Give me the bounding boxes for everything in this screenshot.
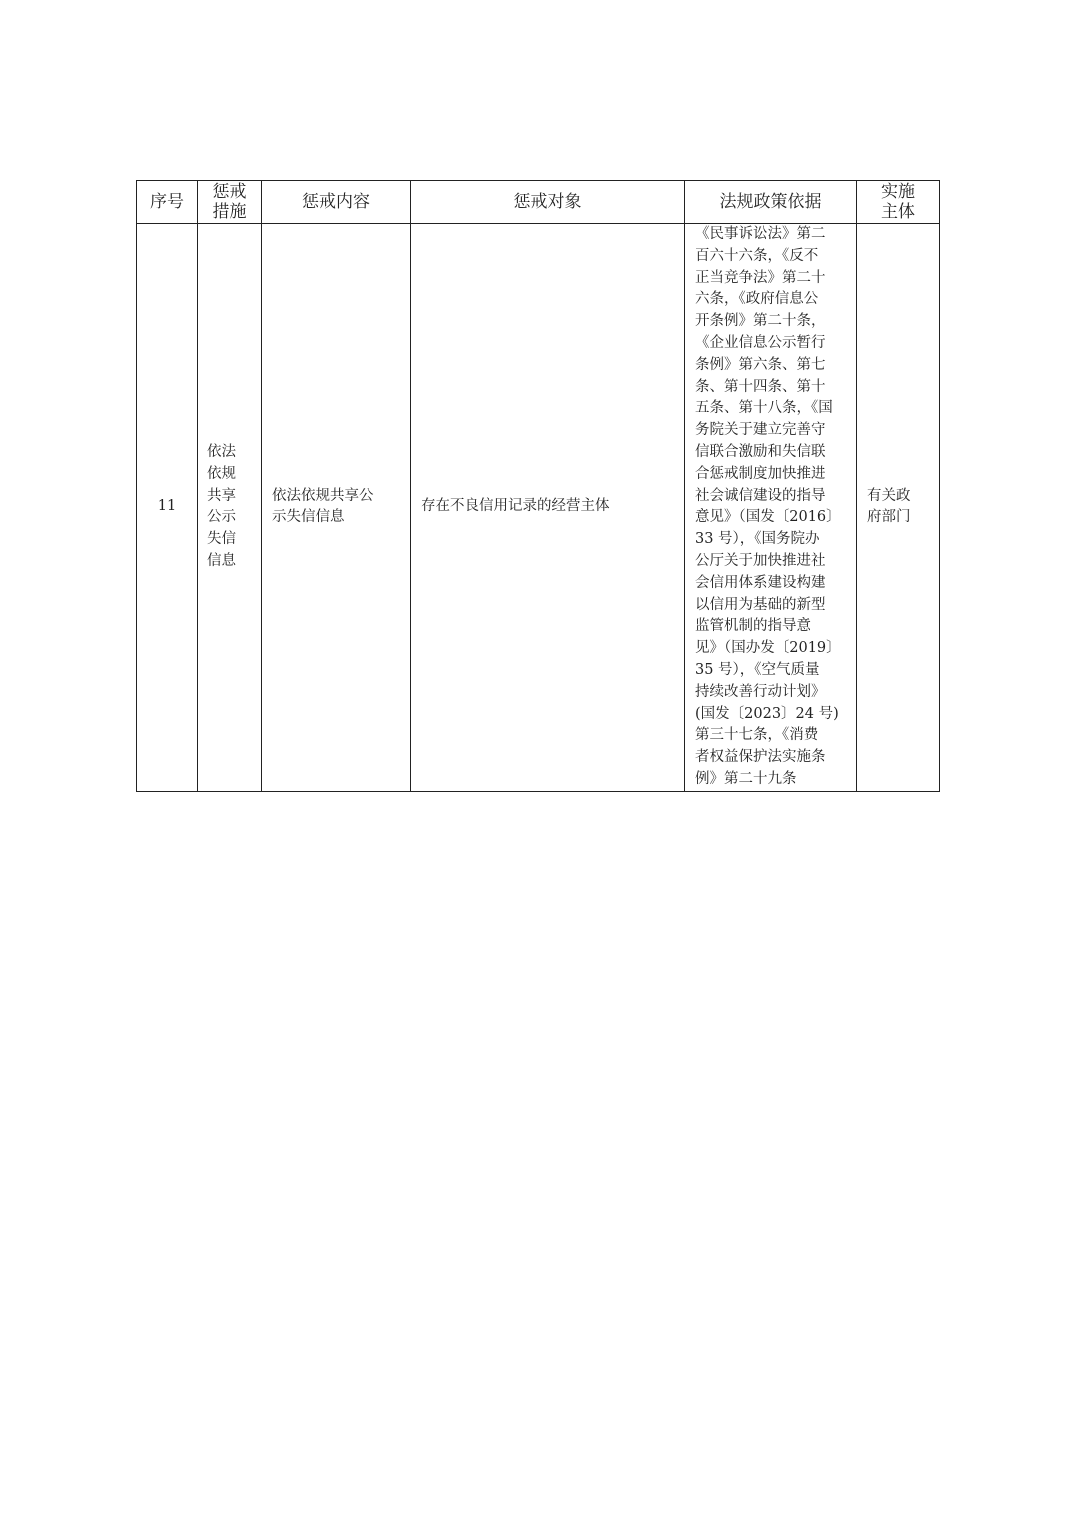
measure-line: 公示 (207, 507, 252, 529)
basis-line: 35 号），《空气质量 (695, 660, 848, 682)
basis-line: 意见》（国发〔2016〕 (695, 507, 848, 529)
agent-line: 有关政 (867, 486, 929, 508)
measure-line: 依法 (207, 442, 252, 464)
header-target: 惩戒对象 (411, 181, 685, 224)
basis-line: 六条，《政府信息公 (695, 289, 848, 311)
header-measure-line: 惩戒 (198, 182, 261, 202)
basis-line: 《企业信息公示暂行 (695, 333, 848, 355)
header-no: 序号 (137, 181, 198, 224)
basis-line: 条例》第六条、第七 (695, 355, 848, 377)
cell-content: 依法依规共享公 示失信信息 (262, 224, 411, 792)
header-basis: 法规政策依据 (685, 181, 857, 224)
basis-line: 正当竞争法》第二十 (695, 268, 848, 290)
basis-line: 监管机制的指导意 (695, 616, 848, 638)
basis-line: 务院关于建立完善守 (695, 420, 848, 442)
basis-line: 以信用为基础的新型 (695, 595, 848, 617)
header-measure-line: 措施 (198, 202, 261, 222)
header-measure: 惩戒 措施 (198, 181, 262, 224)
header-content-label: 惩戒内容 (302, 192, 370, 212)
measure-line: 信息 (207, 551, 252, 573)
cell-basis: 《民事诉讼法》第二 百六十六条，《反不 正当竞争法》第二十 六条，《政府信息公 … (685, 224, 857, 792)
basis-line: 百六十六条，《反不 (695, 246, 848, 268)
header-basis-label: 法规政策依据 (720, 192, 822, 212)
cell-measure: 依法 依规 共享 公示 失信 信息 (198, 224, 262, 792)
cell-target: 存在不良信用记录的经营主体 (411, 224, 685, 792)
header-no-label: 序号 (150, 192, 184, 212)
basis-line: 合惩戒制度加快推进 (695, 464, 848, 486)
cell-agent: 有关政 府部门 (857, 224, 940, 792)
basis-line: 信联合激励和失信联 (695, 442, 848, 464)
penalty-measures-table: 序号 惩戒 措施 惩戒内容 惩戒对象 法规政策依据 实施 主体 11 (136, 180, 940, 792)
header-agent: 实施 主体 (857, 181, 940, 224)
basis-line: (国发〔2023〕24 号) (695, 704, 848, 726)
header-agent-line: 主体 (857, 202, 939, 222)
target-text: 存在不良信用记录的经营主体 (421, 498, 610, 514)
measure-line: 共享 (207, 486, 252, 508)
basis-line: 社会诚信建设的指导 (695, 486, 848, 508)
basis-line: 五条、第十八条，《国 (695, 398, 848, 420)
basis-line: 见》（国办发〔2019〕 (695, 638, 848, 660)
basis-line: 例》第二十九条 (695, 769, 848, 791)
measure-line: 失信 (207, 529, 252, 551)
table-header-row: 序号 惩戒 措施 惩戒内容 惩戒对象 法规政策依据 实施 主体 (137, 181, 940, 224)
basis-line: 《民事诉讼法》第二 (695, 224, 848, 246)
row-number: 11 (158, 498, 176, 514)
basis-line: 开条例》第二十条， (695, 311, 848, 333)
basis-line: 会信用体系建设构建 (695, 573, 848, 595)
header-agent-line: 实施 (857, 182, 939, 202)
header-content: 惩戒内容 (262, 181, 411, 224)
agent-line: 府部门 (867, 507, 929, 529)
basis-line: 者权益保护法实施条 (695, 747, 848, 769)
basis-line: 33 号），《国务院办 (695, 529, 848, 551)
basis-line: 持续改善行动计划》 (695, 682, 848, 704)
basis-line: 公厅关于加快推进社 (695, 551, 848, 573)
cell-no: 11 (137, 224, 198, 792)
content-line: 示失信信息 (272, 507, 396, 529)
measure-line: 依规 (207, 464, 252, 486)
table-row: 11 依法 依规 共享 公示 失信 信息 依法依规共享公 示失信信息 存在不良信… (137, 224, 940, 792)
basis-line: 第三十七条，《消费 (695, 725, 848, 747)
basis-line: 条、第十四条、第十 (695, 377, 848, 399)
content-line: 依法依规共享公 (272, 486, 396, 508)
header-target-label: 惩戒对象 (514, 192, 582, 212)
